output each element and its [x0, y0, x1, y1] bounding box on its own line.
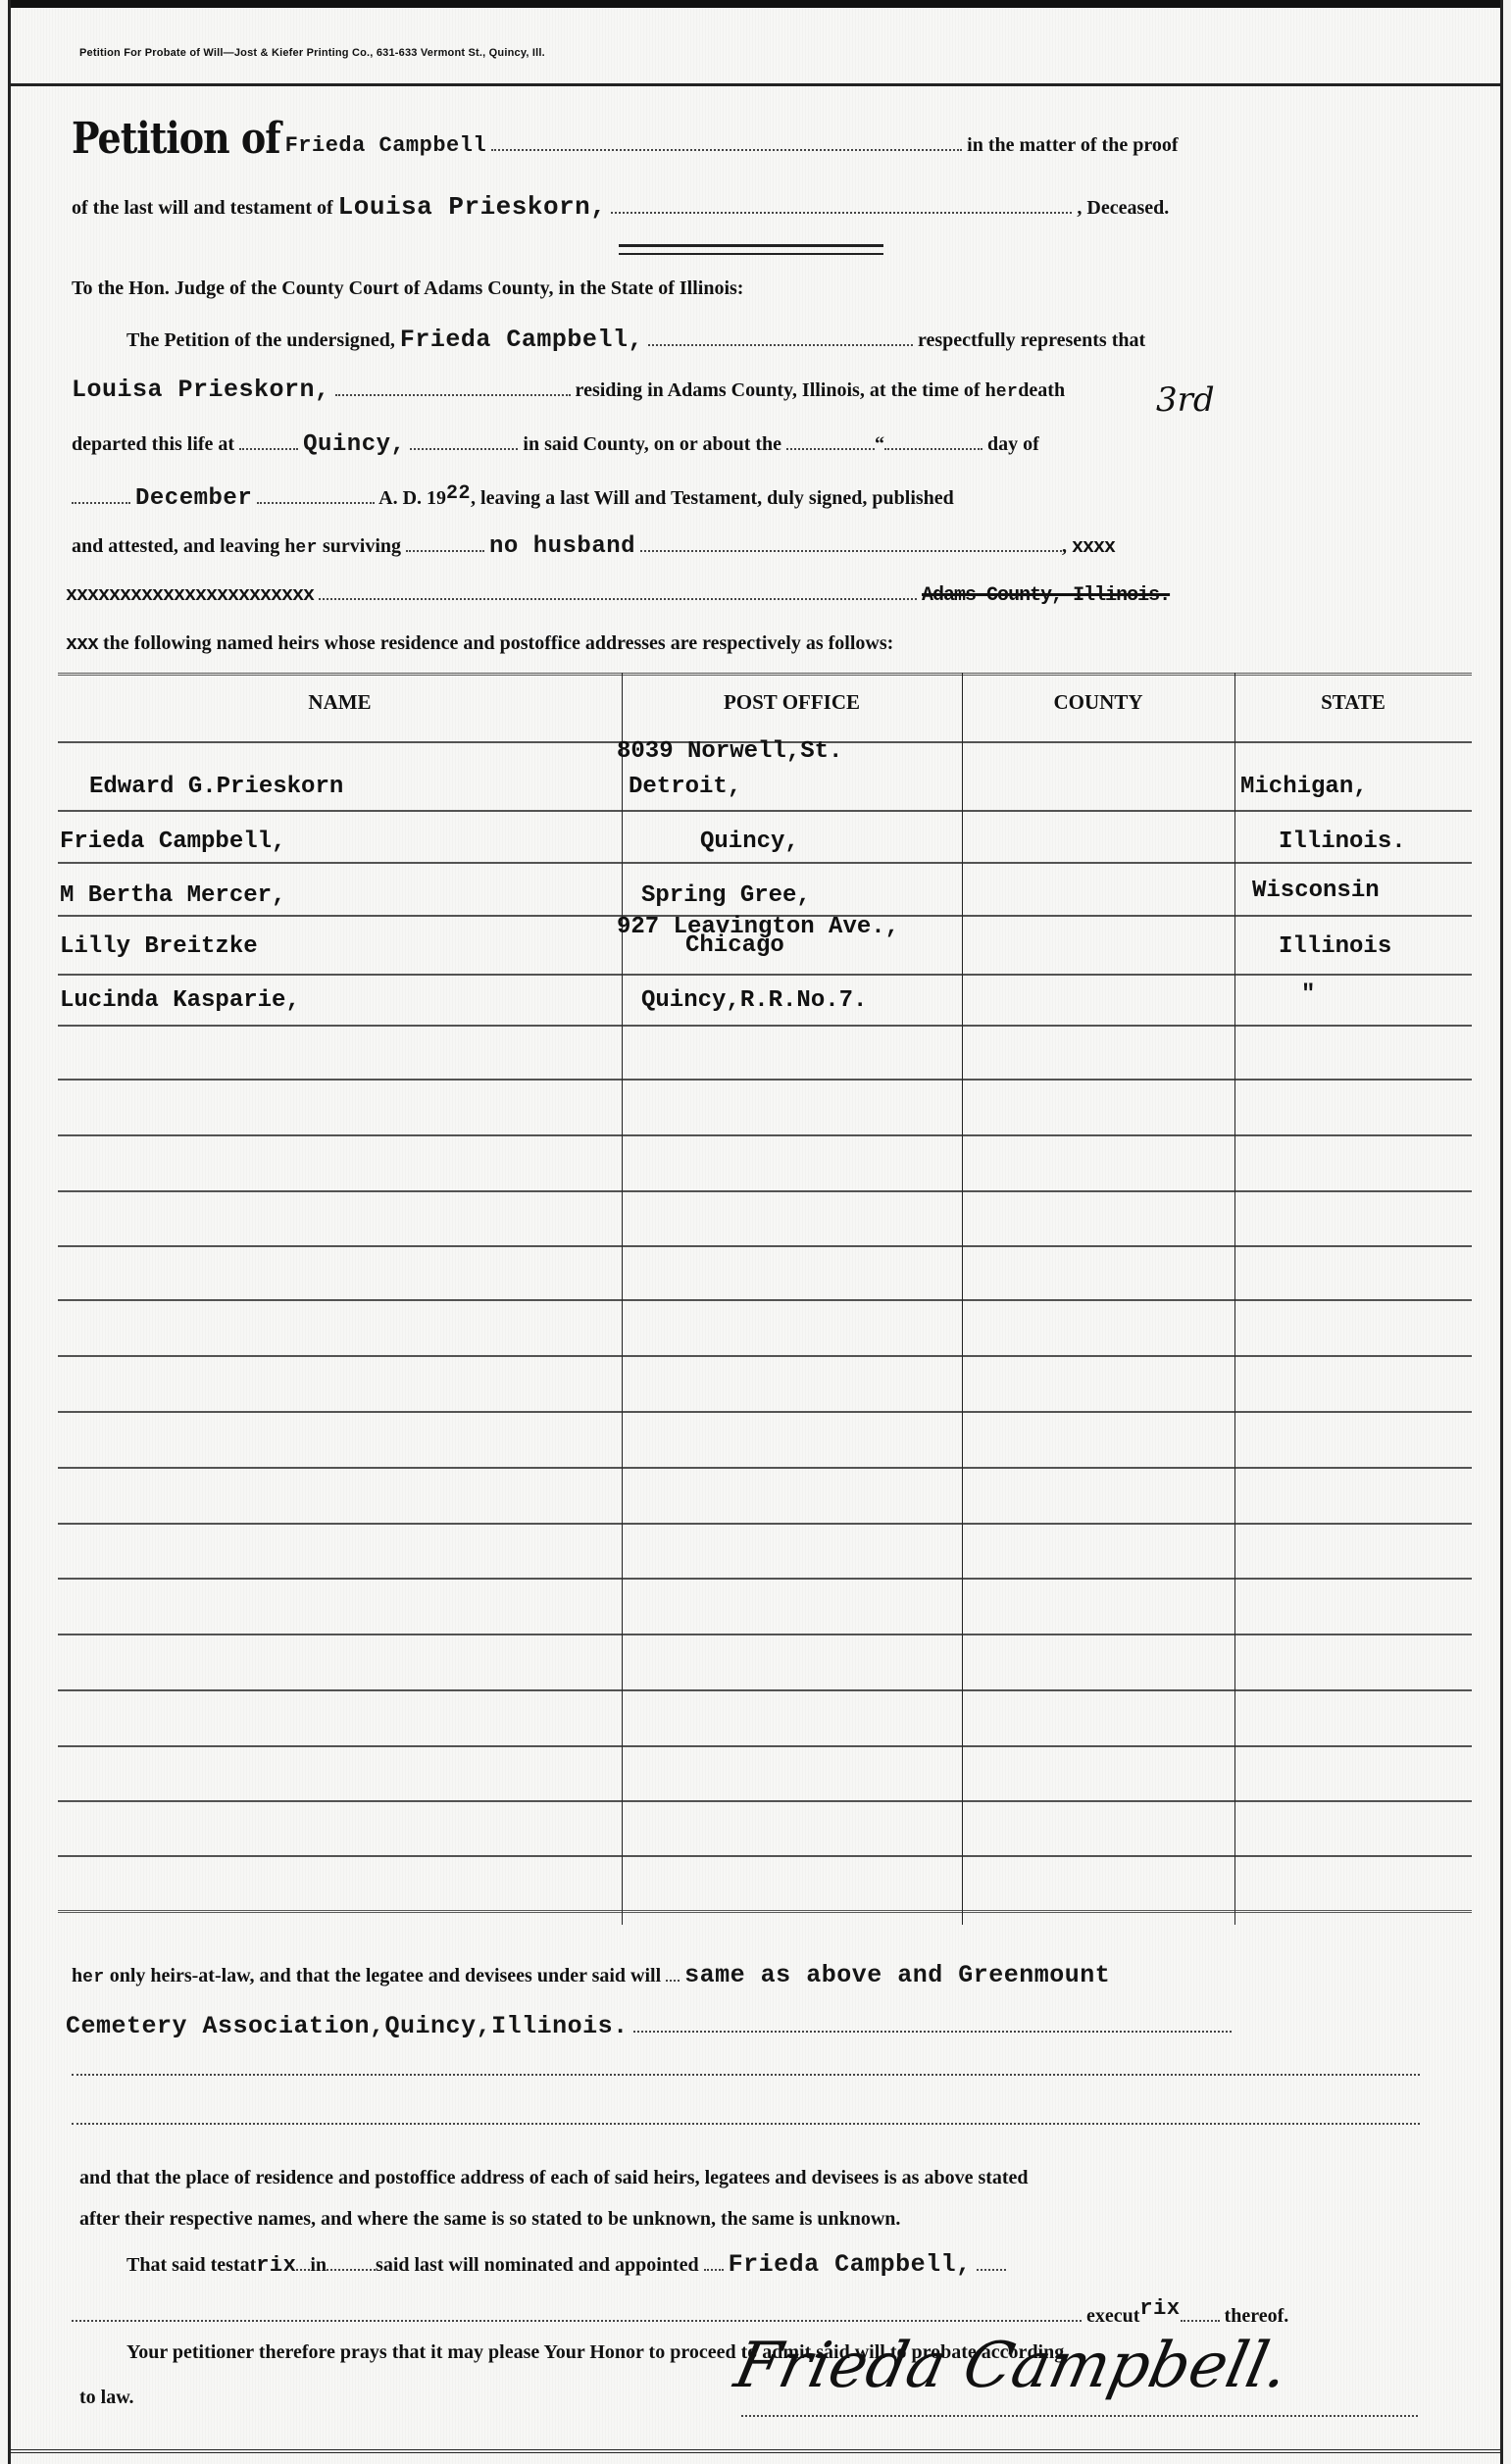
- death-month-field[interactable]: December: [135, 485, 252, 512]
- heir-state: Michigan,: [1240, 775, 1368, 800]
- title-double-rule: [619, 244, 883, 255]
- row-rule: [58, 1523, 1472, 1525]
- testament-suffix: , Deceased.: [1077, 197, 1169, 219]
- fill-line: [72, 501, 130, 504]
- petition-line-6: xxxxxxxxxxxxxxxxxxxxxxx Adams County, Il…: [66, 583, 1170, 607]
- fill-line: [319, 597, 917, 600]
- fill-line: [648, 343, 913, 346]
- ditto-mark: “: [875, 433, 884, 455]
- executrix-typed: rix: [1139, 2296, 1180, 2321]
- heir-name: Frieda Campbell,: [60, 830, 285, 855]
- fill-line: [884, 447, 982, 450]
- heir-post-office-2: Detroit,: [629, 775, 741, 800]
- row-rule: [58, 1578, 1472, 1580]
- pronoun-typed: er: [295, 538, 318, 558]
- row-rule: [58, 1467, 1472, 1469]
- row-rule: [58, 1245, 1472, 1247]
- row-rule: [58, 974, 1472, 976]
- decedent-residence-field[interactable]: Louisa Prieskorn,: [72, 376, 330, 404]
- heir-state: Illinois: [1279, 934, 1391, 960]
- p2-suffix: death: [1018, 379, 1065, 401]
- closing-line-8: to law.: [79, 2387, 134, 2409]
- fill-line: [406, 549, 484, 552]
- title-prefix: Petition of: [72, 113, 280, 164]
- p5-prefix: and attested, and leaving h: [72, 535, 295, 557]
- fill-line: [666, 1979, 680, 1982]
- row-rule: [58, 1025, 1472, 1027]
- row-rule: [58, 1800, 1472, 1802]
- pronoun-typed: er: [996, 382, 1019, 402]
- closing-line-6: executrix thereof.: [72, 2296, 1288, 2328]
- signature-line: [741, 2415, 1418, 2417]
- footer-rule: [11, 2449, 1500, 2453]
- header-county: COUNTY: [962, 690, 1234, 715]
- row-rule: [58, 1299, 1472, 1301]
- fill-line: [977, 2268, 1006, 2271]
- c5-mid2: said last will nominated and appointed: [376, 2254, 699, 2276]
- row-rule: [58, 1355, 1472, 1357]
- heir-post-office: Quincy,: [700, 830, 799, 855]
- closing-line-4: after their respective names, and where …: [79, 2208, 900, 2231]
- fill-line: [491, 148, 962, 151]
- heir-name: Lilly Breitzke: [60, 934, 258, 960]
- c1-prefix: h: [72, 1965, 82, 1986]
- c5-mid1: in: [310, 2254, 327, 2276]
- heir-state: Wisconsin: [1252, 879, 1380, 904]
- p3-mid: in said County, on or about the: [523, 433, 781, 455]
- p1-prefix: The Petition of the undersigned,: [126, 329, 395, 351]
- row-rule: [58, 1689, 1472, 1691]
- surviving-spouse-field[interactable]: no husband: [489, 533, 635, 560]
- p5-mid: surviving: [323, 535, 401, 557]
- top-border: [11, 0, 1500, 8]
- p3-prefix: departed this life at: [72, 433, 234, 455]
- title-line: Petition of Frieda Campbell in the matte…: [72, 116, 1179, 160]
- fill-line: [327, 2268, 376, 2271]
- undersigned-field[interactable]: Frieda Campbell,: [400, 326, 643, 354]
- c6-prefix: execut: [1086, 2305, 1139, 2327]
- fill-line: [786, 447, 875, 450]
- testament-prefix: of the last will and testament of: [72, 197, 333, 219]
- petition-line-4: December A. D. 1922, leaving a last Will…: [72, 482, 954, 512]
- heir-state: ": [1301, 982, 1315, 1008]
- row-rule: [58, 1134, 1472, 1136]
- court-address: To the Hon. Judge of the County Court of…: [72, 277, 743, 300]
- fill-line: [410, 447, 518, 450]
- petition-line-3: departed this life at Quincy, in said Co…: [72, 431, 1039, 458]
- header-post-office: POST OFFICE: [622, 690, 962, 715]
- p4-suffix: , leaving a last Will and Testament, dul…: [471, 487, 954, 509]
- row-rule: [58, 1190, 1472, 1192]
- heir-post-office: 8039 Norwell,St.: [617, 739, 842, 765]
- petition-line-2: Louisa Prieskorn, residing in Adams Coun…: [72, 376, 1065, 404]
- struck-text: xxxx: [1072, 536, 1115, 559]
- heir-name: Lucinda Kasparie,: [60, 988, 300, 1014]
- struck-text: xxxxxxxxxxxxxxxxxxxxxxx: [66, 584, 314, 607]
- testatrix-typed: rix: [256, 2253, 296, 2278]
- fill-line: [704, 2268, 724, 2271]
- fill-line: [239, 447, 298, 450]
- row-rule: [58, 1411, 1472, 1413]
- row-rule: [58, 1079, 1472, 1081]
- closing-blank-1: [72, 2059, 1420, 2082]
- p3-suffix: day of: [987, 433, 1039, 455]
- heirs-intro: the following named heirs whose residenc…: [103, 632, 893, 654]
- closing-blank-2: [72, 2108, 1420, 2131]
- heir-post-office: Spring Gree,: [641, 883, 811, 909]
- closing-line-5: That said testatrixinsaid last will nomi…: [126, 2250, 1006, 2279]
- fill-line: [633, 2030, 1232, 2033]
- c6-suffix: thereof.: [1225, 2305, 1289, 2327]
- row-rule: [58, 1634, 1472, 1635]
- testament-line: of the last will and testament of Louisa…: [72, 192, 1169, 222]
- petition-document: Petition For Probate of Will—Jost & Kief…: [8, 0, 1503, 2464]
- fill-line: [1181, 2319, 1220, 2322]
- decedent-field[interactable]: Louisa Prieskorn,: [338, 192, 607, 222]
- fill-line: [296, 2268, 310, 2271]
- printer-imprint: Petition For Probate of Will—Jost & Kief…: [79, 47, 545, 59]
- struck-text: xxx: [66, 633, 98, 656]
- death-year-field[interactable]: 22: [446, 482, 471, 505]
- c1-text: only heirs-at-law, and that the legatee …: [110, 1965, 661, 1986]
- petitioner-field[interactable]: Frieda Campbell: [285, 133, 487, 158]
- header-state: STATE: [1234, 690, 1472, 715]
- fill-line: [72, 2319, 1082, 2322]
- executor-field[interactable]: Frieda Campbell,: [729, 2250, 972, 2279]
- header-rule: [11, 83, 1500, 86]
- pronoun-typed: er: [82, 1968, 105, 1987]
- fill-line: [611, 211, 1072, 214]
- petition-line-5: and attested, and leaving her surviving …: [72, 533, 1115, 560]
- legatees-field-cont[interactable]: Cemetery Association,Quincy,Illinois.: [66, 2012, 629, 2040]
- c5-prefix: That said testat: [126, 2254, 256, 2276]
- ad-label: A. D. 19: [378, 487, 446, 509]
- row-rule: [58, 1855, 1472, 1857]
- fill-line: [335, 393, 571, 396]
- petitioner-signature: Frieda Campbell.: [729, 2330, 1294, 2402]
- header-name: NAME: [58, 690, 622, 715]
- heir-post-office-2: Chicago: [685, 933, 784, 959]
- petition-line-7: xxx the following named heirs whose resi…: [66, 632, 893, 656]
- heir-post-office: Quincy,R.R.No.7.: [641, 988, 867, 1014]
- closing-line-2: Cemetery Association,Quincy,Illinois.: [66, 2012, 1232, 2040]
- petition-line-1: The Petition of the undersigned, Frieda …: [126, 326, 1145, 354]
- row-rule: [58, 862, 1472, 864]
- title-suffix: in the matter of the proof: [967, 134, 1178, 156]
- closing-line-1: her only heirs-at-law, and that the lega…: [72, 1961, 1110, 1989]
- handwritten-day: 3rd: [1156, 380, 1215, 420]
- fill-line: [72, 2073, 1420, 2076]
- fill-line: [257, 501, 375, 504]
- row-rule: [58, 1745, 1472, 1747]
- heirs-table: NAME POST OFFICE COUNTY STATE Edward G.P…: [58, 673, 1472, 1925]
- struck-text: Adams County, Illinois.: [922, 584, 1170, 607]
- p2-mid: residing in Adams County, Illinois, at t…: [576, 379, 996, 401]
- death-place-field[interactable]: Quincy,: [303, 431, 405, 458]
- legatees-field[interactable]: same as above and Greenmount: [684, 1961, 1110, 1989]
- fill-line: [72, 2122, 1420, 2125]
- fill-line: [640, 549, 1062, 552]
- table-bottom-rule: [58, 1910, 1472, 1913]
- closing-line-3: and that the place of residence and post…: [79, 2167, 1029, 2189]
- heir-name: M Bertha Mercer,: [60, 883, 285, 909]
- heir-name: Edward G.Prieskorn: [89, 775, 343, 800]
- heir-state: Illinois.: [1279, 830, 1406, 855]
- row-rule: [58, 810, 1472, 812]
- p1-suffix: respectfully represents that: [918, 329, 1145, 351]
- table-top-rule: [58, 673, 1472, 676]
